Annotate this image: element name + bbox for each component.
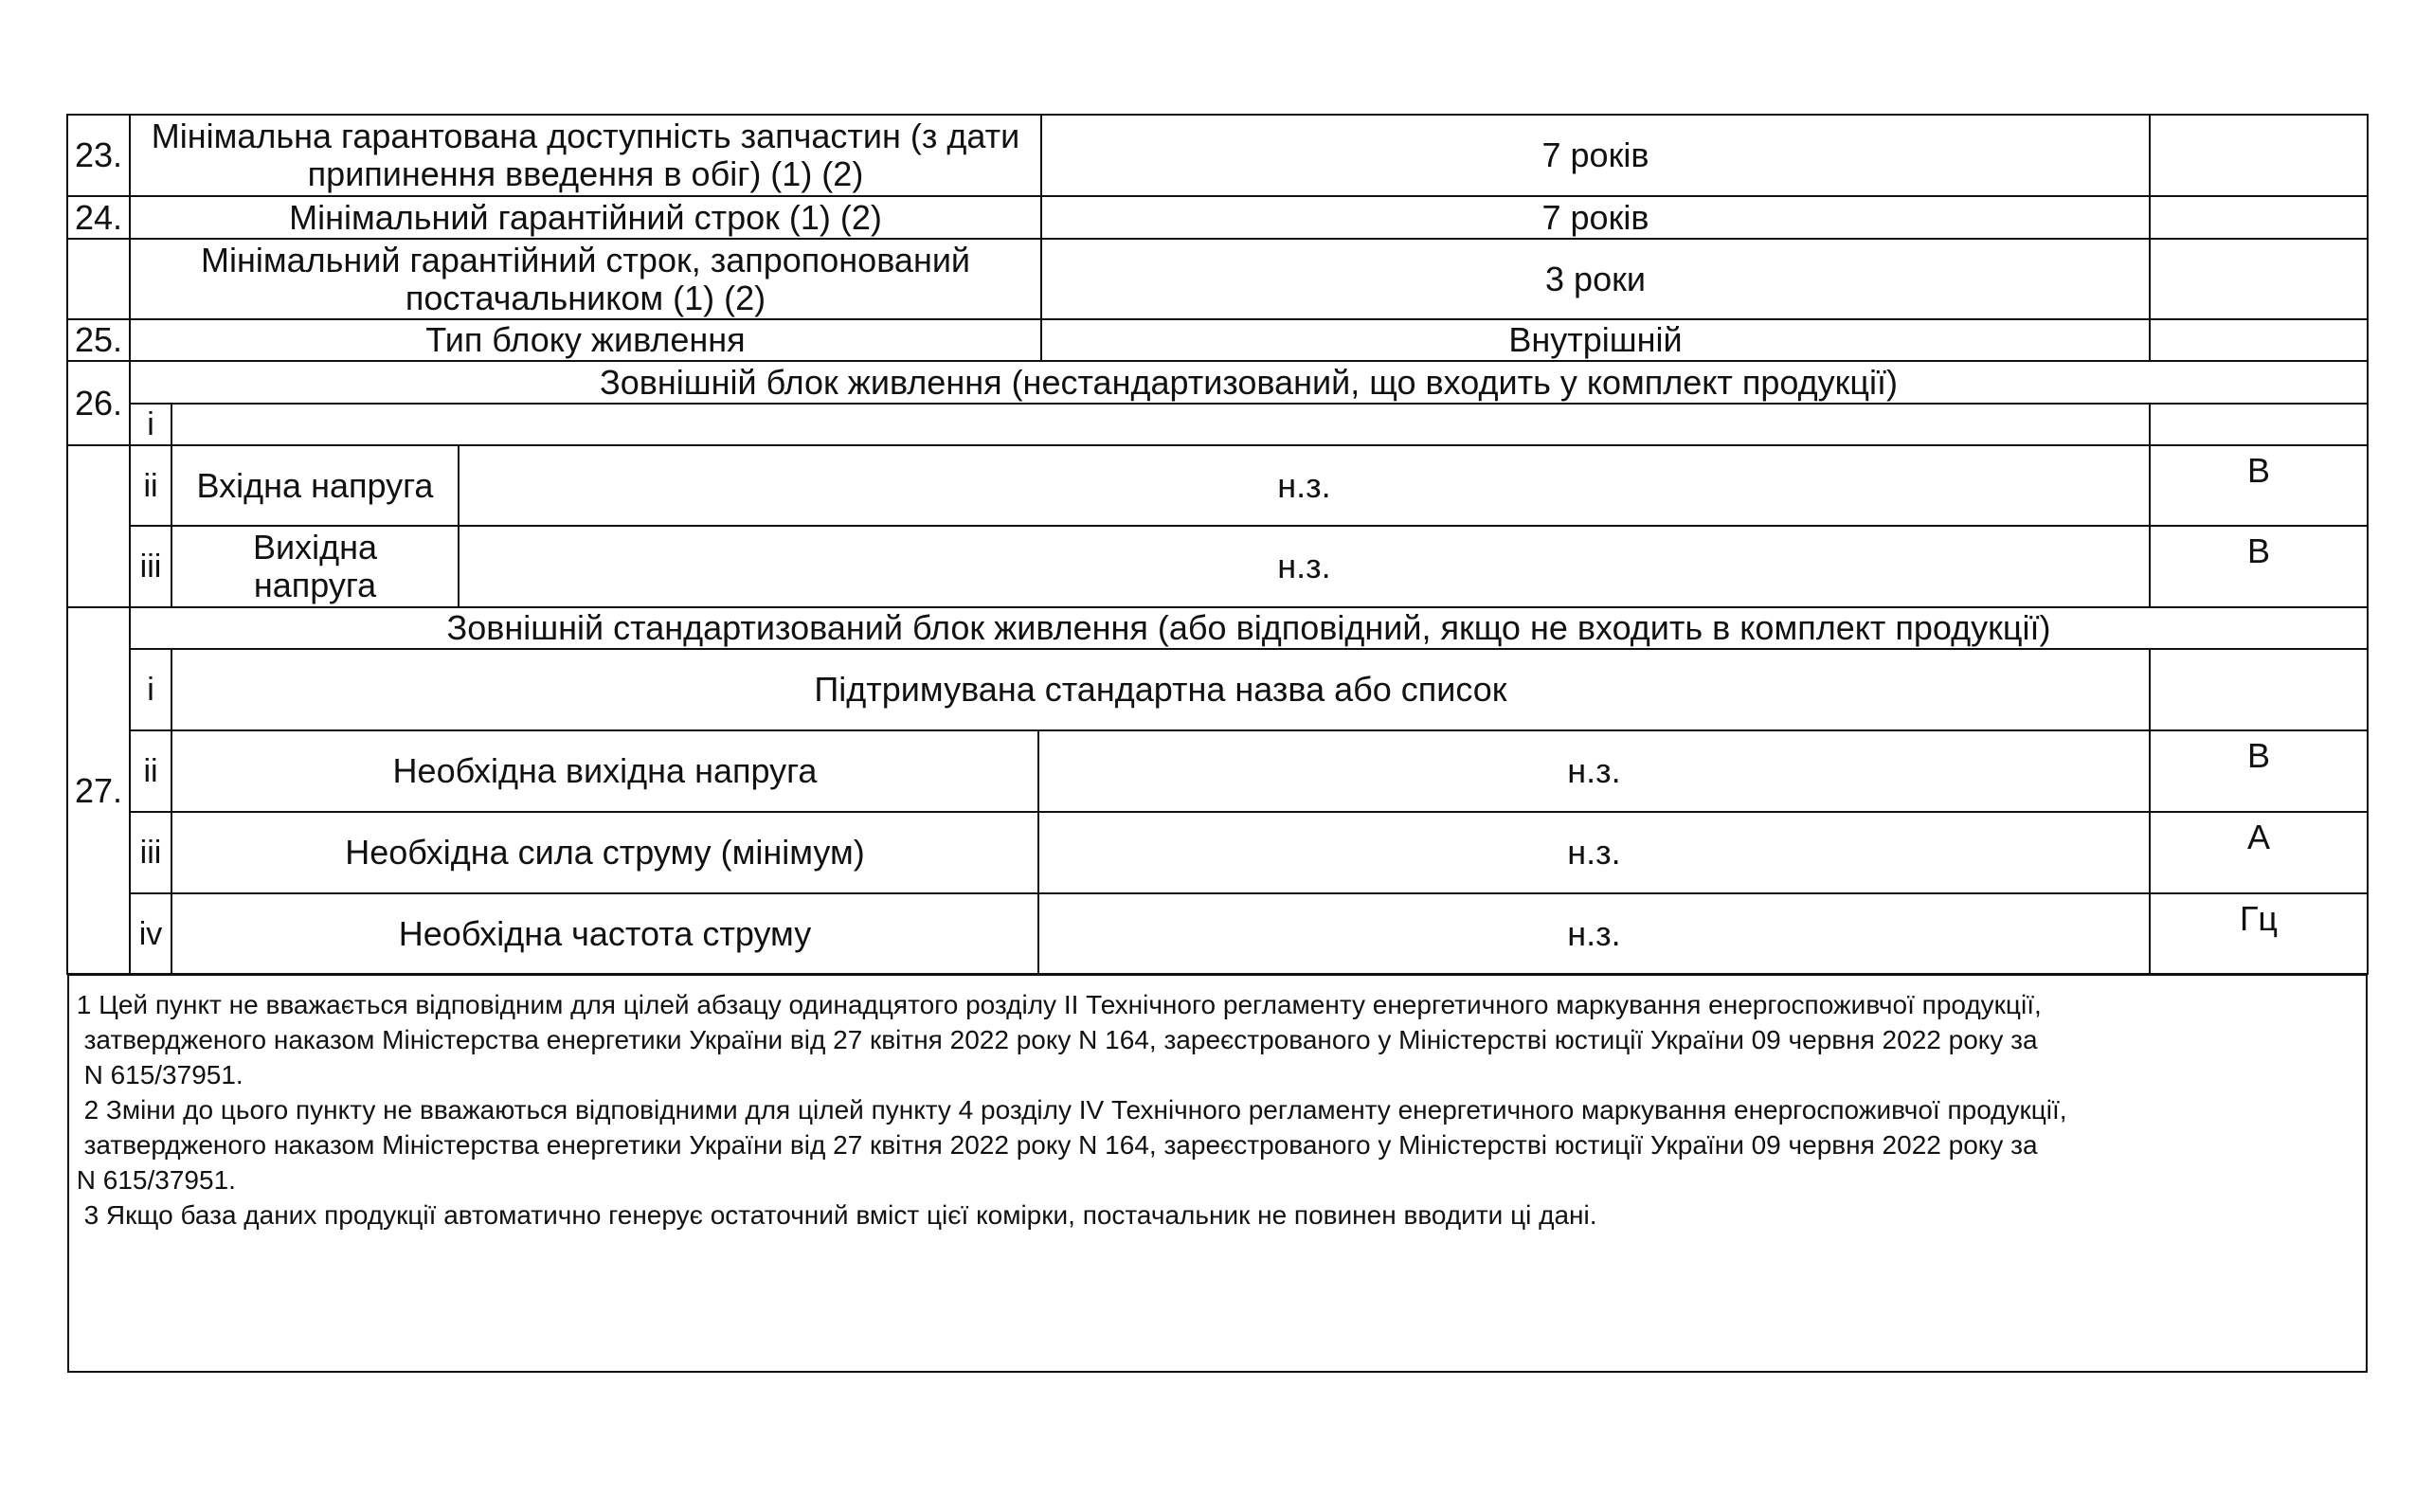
row-25-number: 25. [66, 318, 131, 362]
row-24-label: Мінімальний гарантійний строк (1) (2) [129, 195, 1042, 240]
row-26-number: 26. [66, 360, 131, 446]
row-26-header: Зовнішній блок живлення (нестандартизова… [129, 360, 2369, 405]
row-27-iv-label: Необхідна частота струму [171, 892, 1039, 975]
row-27-iii-value: н.з. [1037, 811, 2151, 894]
row-27-iv-unit: Гц [2149, 892, 2369, 975]
row-27-ii-label: Необхідна вихідна напруга [171, 729, 1039, 813]
row-23-unit [2149, 114, 2369, 197]
footnote-1-registration: N 615/37951. [69, 1057, 2366, 1092]
row-27-i-label: Підтримувана стандартна назва або список [171, 648, 2151, 731]
row-26-i-roman: i [129, 403, 172, 446]
row-27-number: 27. [66, 606, 131, 975]
row-27-iv-value: н.з. [1037, 892, 2151, 975]
row-23-value: 7 років [1040, 114, 2151, 197]
row-26-ii-unit: В [2149, 444, 2369, 527]
row-24b-unit [2149, 238, 2369, 320]
row-25-label: Тип блоку живлення [129, 318, 1042, 362]
row-24b-label: Мінімальний гарантійний строк, запропоно… [129, 238, 1042, 320]
row-26-number-cont [66, 444, 131, 608]
row-24b-value: 3 роки [1040, 238, 2151, 320]
footnote-1-approval: затвердженого наказом Міністерства енерг… [69, 1022, 2366, 1057]
row-23-number: 23. [66, 114, 131, 197]
row-24b-number [66, 238, 131, 320]
row-27-i-unit [2149, 648, 2369, 731]
footnote-1-line: 1 Цей пункт не вважається відповідним дл… [69, 987, 2366, 1022]
footnote-2-registration: N 615/37951. [69, 1162, 2366, 1197]
row-26-i-value [171, 403, 2151, 446]
row-27-iii-label: Необхідна сила струму (мінімум) [171, 811, 1039, 894]
footnote-2-approval: затвердженого наказом Міністерства енерг… [69, 1127, 2366, 1162]
row-27-ii-unit: В [2149, 729, 2369, 813]
row-25-unit [2149, 318, 2369, 362]
row-27-iii-unit: А [2149, 811, 2369, 894]
row-26-i-unit [2149, 403, 2369, 446]
footnotes: 1 Цей пункт не вважається відповідним дл… [67, 974, 2368, 1373]
footnote-2-line: 2 Зміни до цього пункту не вважаються ві… [69, 1092, 2366, 1127]
row-24-value: 7 років [1040, 195, 2151, 240]
row-24-number: 24. [66, 195, 131, 240]
row-26-ii-label: Вхідна напруга [171, 444, 460, 527]
row-27-ii-value: н.з. [1037, 729, 2151, 813]
row-27-i-roman: i [129, 648, 172, 731]
row-27-iii-roman: iii [129, 811, 172, 894]
row-27-iv-roman: iv [129, 892, 172, 975]
row-27-ii-roman: ii [129, 729, 172, 813]
row-26-iii-roman: iii [129, 525, 172, 608]
row-26-ii-value: н.з. [458, 444, 2151, 527]
row-27-header: Зовнішній стандартизований блок живлення… [129, 606, 2369, 650]
row-26-iii-unit: В [2149, 525, 2369, 608]
row-23-label: Мінімальна гарантована доступність запча… [129, 114, 1042, 197]
row-24-unit [2149, 195, 2369, 240]
row-26-iii-label: Вихідна напруга [171, 525, 460, 608]
row-26-ii-roman: ii [129, 444, 172, 527]
row-26-iii-value: н.з. [458, 525, 2151, 608]
row-25-value: Внутрішній [1040, 318, 2151, 362]
footnote-3-line: 3 Якщо база даних продукції автоматично … [69, 1197, 2366, 1233]
